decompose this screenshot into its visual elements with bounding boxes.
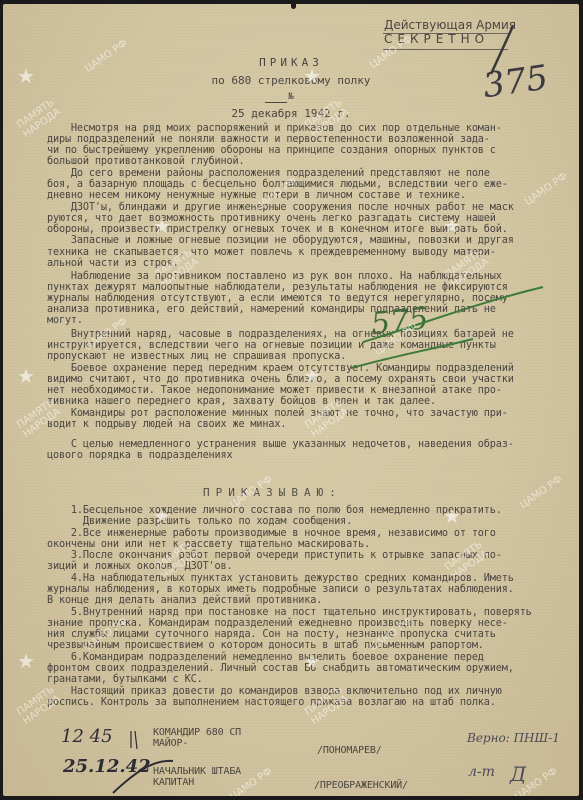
signatory-2-title: НАЧАЛЬНИК ШТАБА	[153, 767, 241, 778]
order-line: 4.На наблюдательных пунктах установить д…	[47, 574, 514, 585]
star-icon: ★	[443, 214, 461, 239]
body-line: ДЗОТ'ы, блиндажи и другие инженерные соо…	[47, 203, 514, 214]
order-line: чрезвычайным происшествием о котором дон…	[47, 641, 484, 652]
star-icon: ★	[303, 364, 321, 389]
handwritten-rank: л-т	[468, 764, 495, 780]
body-line: Боевое охранение перед передним краем от…	[47, 364, 514, 375]
body-line: тивника нашего переднего края, захвату б…	[47, 397, 436, 408]
handwritten-time: 12 45	[61, 726, 113, 747]
star-icon: ★	[153, 214, 171, 239]
order-line: Настоящий приказ довести до командиров в…	[47, 687, 502, 698]
body-line: водит к подрыву людей на своих же минах.	[47, 420, 286, 431]
body-line: диры подразделений не поняли важности и …	[47, 135, 490, 146]
body-line: большой противотанковой глубиной.	[47, 157, 244, 168]
purpose-line: С целью немедленного устранения выше ука…	[47, 440, 514, 451]
body-line: Несмотря на ряд моих распоряжений и прик…	[47, 124, 502, 135]
stamp-rule	[383, 33, 508, 34]
handwritten-signature-initial: Д	[510, 762, 526, 786]
stamp-army: Действующая Армия	[384, 18, 516, 32]
body-line: Командиры рот расположение минных полей …	[47, 409, 508, 420]
star-icon: ★	[153, 504, 171, 529]
purpose-line: цового порядка в подразделениях	[47, 451, 233, 462]
order-line: окончены они или нет к рассвету тщательн…	[47, 540, 370, 551]
orders-heading: ПРИКАЗЫВАЮ:	[203, 486, 342, 499]
handwritten-verno: Верно: ПНШ-1	[467, 731, 560, 745]
order-line: зиций и ложных окопов, ДЗОТ'ов.	[47, 562, 233, 573]
order-line: 2.Все инженерные работы производимые в н…	[47, 529, 496, 540]
page-notch	[291, 4, 296, 9]
order-date: 25 декабря 1942 г.	[3, 107, 579, 120]
body-line: могут.	[47, 316, 83, 327]
body-line: обороны, произвести пристрелку огневых т…	[47, 225, 508, 236]
body-line: видимо считают, что до противника очень …	[47, 375, 514, 386]
order-line: 6.Командирам подразделений немедленно вы…	[47, 653, 484, 664]
body-line: чи по быстрейшему укреплению обороны на …	[47, 146, 496, 157]
order-line: роспись. Контроль за выполнением настоящ…	[47, 698, 496, 709]
star-icon: ★	[303, 649, 321, 674]
body-line: руются, что дает возможность противнику …	[47, 214, 496, 225]
signatory-1-rank: МАЙОР-	[153, 739, 188, 750]
star-icon: ★	[443, 504, 461, 529]
order-line: гранатами, бутылками с КС.	[47, 675, 203, 686]
body-line: анализа противника, его действий, намере…	[47, 305, 496, 316]
document-page: Действующая Армия СЕКРЕТНО ПРИКАЗ по 680…	[3, 4, 579, 796]
order-number-line	[265, 102, 287, 103]
order-line: журналы наблюдения, в которых иметь подр…	[47, 585, 514, 596]
body-line: журналы наблюдения отсутствуют, а если и…	[47, 294, 508, 305]
order-line: 3.После окончания работ первой очереди п…	[47, 551, 502, 562]
star-icon: ★	[17, 64, 35, 89]
order-line: фронтом своих подразделений. Личный сост…	[47, 664, 514, 675]
watermark-archive: ЦАМО РФ	[523, 171, 569, 208]
star-icon: ★	[17, 649, 35, 674]
order-line: Движение разрешить только по ходам сообщ…	[47, 517, 352, 528]
order-line: 1.Бесцельное хождение личного состава по…	[47, 506, 502, 517]
body-line: инструктируется, вследствии чего на огне…	[47, 341, 496, 352]
body-line: техника не скапывается, что может повлеч…	[47, 248, 496, 259]
body-line: До сего времени районы расположения подр…	[47, 169, 490, 180]
watermark-archive: ЦАМО РФ	[518, 474, 564, 511]
star-icon: ★	[17, 364, 35, 389]
star-icon: ★	[303, 64, 321, 89]
body-line: пунктах дежурят малоопытные наблюдатели,…	[47, 283, 508, 294]
body-line: нет необходимости. Такое недопонимание м…	[47, 386, 502, 397]
signatory-1-name: /ПОНОМАРЕВ/	[317, 746, 382, 757]
body-line: пропускают не известных лиц не спрашивая…	[47, 352, 346, 363]
signatory-2-name: /ПРЕОБРАЖЕНСКИЙ/	[314, 781, 408, 792]
handwritten-date: 25.12.42	[63, 756, 151, 777]
order-line: В конце дня делать анализ действий проти…	[47, 596, 322, 607]
body-line: Наблюдение за противником поставлено из …	[47, 272, 502, 283]
signatory-1-title: КОМАНДИР 680 СП	[153, 728, 241, 739]
signatory-2-rank: КАПИТАН	[153, 778, 194, 789]
